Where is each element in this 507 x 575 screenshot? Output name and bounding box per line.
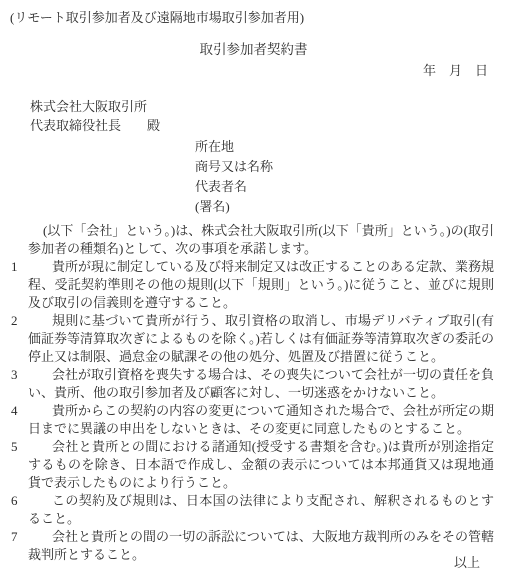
recipient-company: 株式会社大阪取引所 xyxy=(30,97,507,116)
clause-number: 1 xyxy=(11,258,18,276)
clause-number: 6 xyxy=(11,492,18,510)
clause-item-5: 5会社と貴所との間における諸通知(授受する書類を含む。)は貴所が別途指定するもの… xyxy=(0,438,507,492)
clause-number: 3 xyxy=(11,366,18,384)
clause-item-2: 2規則に基づいて貴所が行う、取引資格の取消し、市場デリバティブ取引(有価証券等清… xyxy=(0,312,507,366)
clause-item-3: 3会社が取引資格を喪失する場合は、その喪失について会社が一切の責任を負い、貴所、… xyxy=(0,366,507,402)
clause-text: 規則に基づいて貴所が行う、取引資格の取消し、市場デリバティブ取引(有価証券等清算… xyxy=(28,313,494,364)
recipient-block: 株式会社大阪取引所 代表取締役社長 殿 xyxy=(30,97,507,135)
recipient-addressee: 代表取締役社長 殿 xyxy=(30,116,507,135)
signer-field-representative: 代表者名 xyxy=(195,177,507,197)
clause-number: 2 xyxy=(11,312,18,330)
clause-number: 4 xyxy=(11,402,18,420)
document-page: (リモート取引参加者及び遠隔地市場取引参加者用) 取引参加者契約書 年 月 日 … xyxy=(0,0,507,575)
date-line: 年 月 日 xyxy=(0,62,507,80)
intro-paragraph: (以下「会社」という。)は、株式会社大阪取引所(以下「貴所」という。)の(取引参… xyxy=(0,222,507,258)
clause-text: この契約及び規則は、日本国の法律により支配され、解釈されるものとすること。 xyxy=(28,493,494,526)
signer-field-signature: (署名) xyxy=(195,197,507,217)
clause-text: 貴所からこの契約の内容の変更について通知された場合で、会社が所定の期日までに異議… xyxy=(28,403,494,436)
signer-field-address: 所在地 xyxy=(195,137,507,157)
clause-text: 会社と貴所との間における諸通知(授受する書類を含む。)は貴所が別途指定するものを… xyxy=(28,439,494,490)
clause-number: 5 xyxy=(11,438,18,456)
signer-block: 所在地 商号又は名称 代表者名 (署名) xyxy=(195,137,507,217)
clause-item-6: 6この契約及び規則は、日本国の法律により支配され、解釈されるものとすること。 xyxy=(0,492,507,528)
document-usage-note: (リモート取引参加者及び遠隔地市場取引参加者用) xyxy=(10,9,507,27)
clause-item-1: 1貴所が現に制定している及び将来制定又は改正することのある定款、業務規程、受託契… xyxy=(0,258,507,312)
clause-item-7: 7会社と貴所との間の一切の訴訟については、大阪地方裁判所のみをその管轄裁判所とす… xyxy=(0,528,507,564)
clause-text: 会社が取引資格を喪失する場合は、その喪失について会社が一切の責任を負い、貴所、他… xyxy=(28,367,494,400)
clause-text: 会社と貴所との間の一切の訴訟については、大阪地方裁判所のみをその管轄裁判所とする… xyxy=(28,529,494,562)
clause-item-4: 4貴所からこの契約の内容の変更について通知された場合で、会社が所定の期日までに異… xyxy=(0,402,507,438)
document-title: 取引参加者契約書 xyxy=(0,41,507,59)
clause-list: 1貴所が現に制定している及び将来制定又は改正することのある定款、業務規程、受託契… xyxy=(0,258,507,564)
clause-number: 7 xyxy=(11,528,18,546)
clause-text: 貴所が現に制定している及び将来制定又は改正することのある定款、業務規程、受託契約… xyxy=(28,259,494,310)
signer-field-company-name: 商号又は名称 xyxy=(195,157,507,177)
